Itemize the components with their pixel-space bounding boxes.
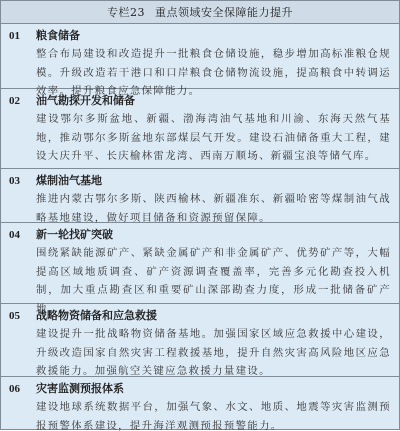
section-title: 粮食储备 [36,27,80,45]
box-header: 专栏23 重点领域安全保障能力提升 [1,1,399,24]
section-04: 04新一轮找矿突破 围绕紧缺能源矿产、紧缺金属矿产和非金属矿产、优势矿产等，大幅… [1,223,399,304]
section-05: 05战略物资储备和应急救援 建设提升一批战略物资储备基地。加强国家区域应急救援中… [1,304,399,377]
section-title: 战略物资储备和应急救援 [36,307,157,325]
section-06: 06灾害监测预报体系 建设地球系统数据平台，加强气象、水文、地质、地震等灾害监测… [1,377,399,429]
section-title: 新一轮找矿突破 [36,226,113,244]
section-index: 05 [9,307,36,325]
section-title: 油气勘探开发和储备 [36,92,135,110]
feature-box: 专栏23 重点领域安全保障能力提升 01粮食储备 整合布局建设和改造提升一批粮食… [0,0,400,430]
section-title: 灾害监测预报体系 [36,380,124,398]
section-title: 煤制油气基地 [36,172,102,190]
section-03: 03煤制油气基地 推进内蒙古鄂尔多斯、陕西榆林、新疆准东、新疆哈密等煤制油气战略… [1,169,399,223]
section-index: 01 [9,27,36,45]
section-body: 建设鄂尔多斯盆地、新疆、渤海湾油气基地和川渝、东海天然气基地，推动鄂尔多斯盆地东… [9,110,391,166]
box-label: 专栏23 [107,4,145,20]
section-index: 02 [9,92,36,110]
section-body: 建设提升一批战略物资储备基地。加强国家区域应急救援中心建设，升级改造国家自然灾害… [9,325,391,381]
section-index: 06 [9,380,36,398]
section-body: 建设地球系统数据平台，加强气象、水文、地质、地震等灾害监测预报预警体系建设，提升… [9,398,391,431]
section-index: 03 [9,172,36,190]
section-02: 02油气勘探开发和储备 建设鄂尔多斯盆地、新疆、渤海湾油气基地和川渝、东海天然气… [1,89,399,169]
section-index: 04 [9,226,36,244]
section-01: 01粮食储备 整合布局建设和改造提升一批粮食仓储设施，稳步增加高标准粮仓规模。升… [1,24,399,89]
section-body: 推进内蒙古鄂尔多斯、陕西榆林、新疆准东、新疆哈密等煤制油气战略基地建设，做好项目… [9,190,391,227]
box-title: 重点领域安全保障能力提升 [155,4,293,20]
